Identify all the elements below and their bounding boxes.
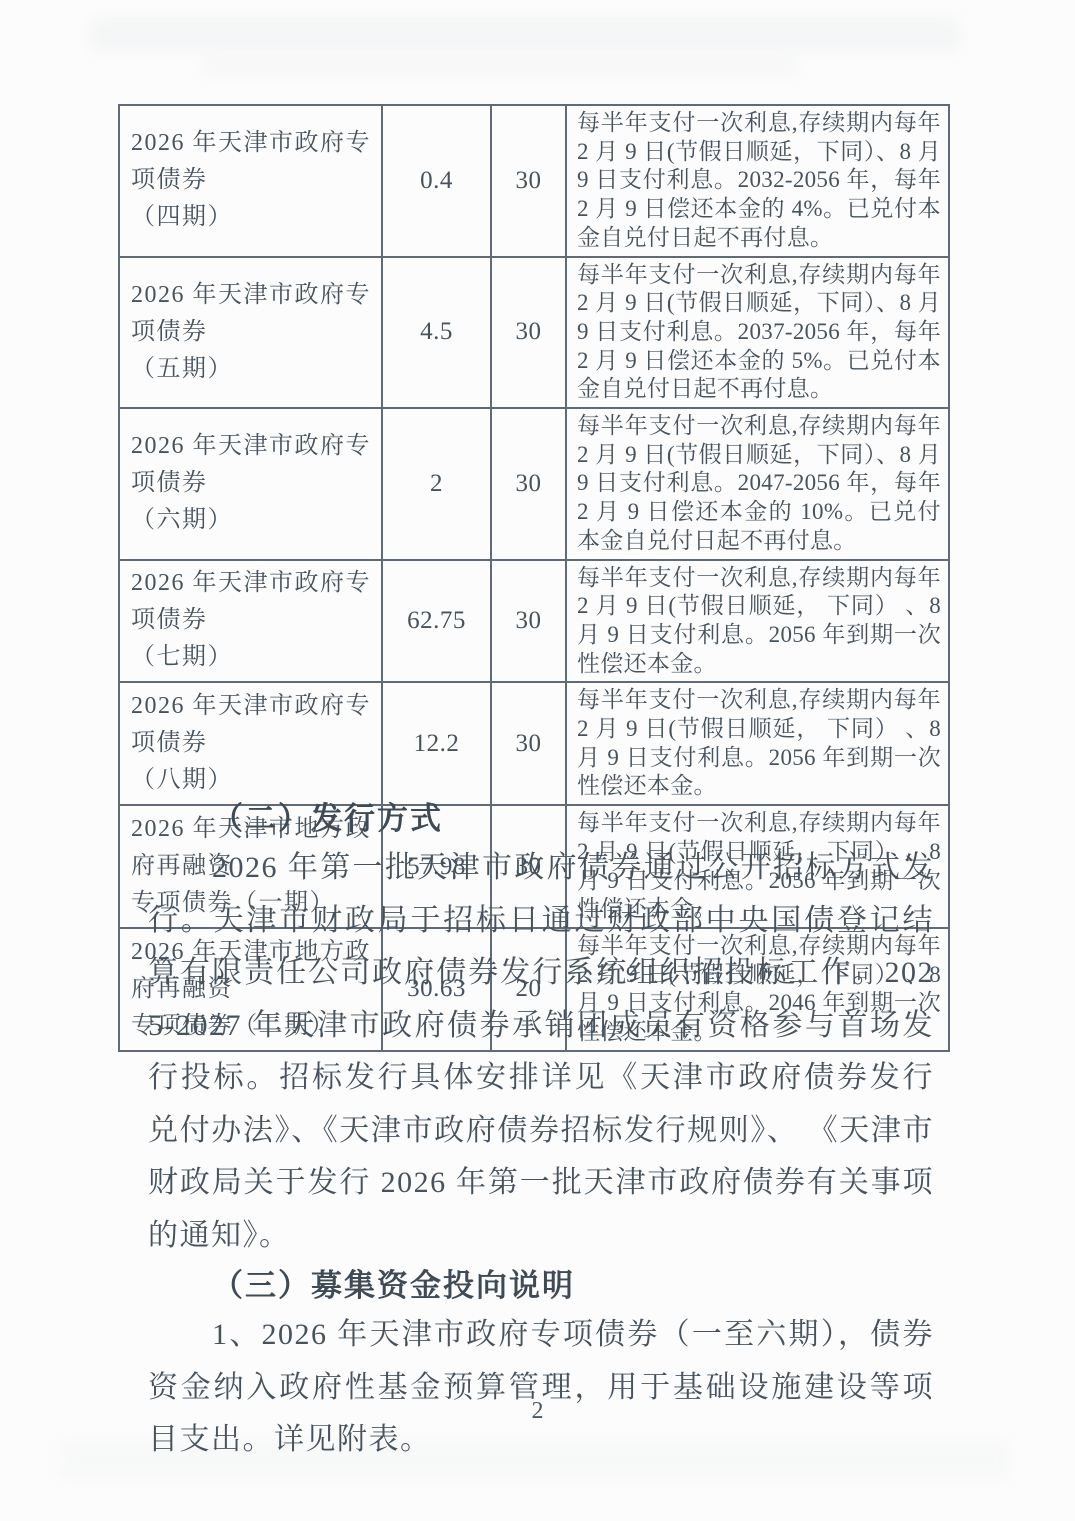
payment-terms-cell: 每半年支付一次利息,存续期内每年 2 月 9 日(节假日顺延，下同）、8 月 9… [566, 105, 949, 257]
page-number: 2 [0, 1398, 1075, 1425]
term-cell: 30 [491, 560, 566, 683]
bond-name-line2: （四期） [131, 199, 375, 236]
payment-terms-cell: 每半年支付一次利息,存续期内每年 2 月 9 日(节假日顺延， 下同） 、8 月… [566, 682, 949, 805]
table-row: 2026 年天津市政府专项债券 （四期） 0.4 30 每半年支付一次利息,存续… [119, 105, 949, 257]
bond-name-line2: （七期） [131, 639, 375, 676]
bond-name-line1: 2026 年天津市政府专项债券 [131, 688, 375, 762]
bond-name-line2: （六期） [131, 502, 375, 539]
payment-terms-cell: 每半年支付一次利息,存续期内每年 2 月 9 日(节假日顺延，下同）、8 月 9… [566, 408, 949, 560]
term-cell: 30 [491, 257, 566, 409]
table-row: 2026 年天津市政府专项债券 （五期） 4.5 30 每半年支付一次利息,存续… [119, 257, 949, 409]
term-cell: 30 [491, 408, 566, 560]
issuance-method-paragraph: 2026 年第一批天津市政府债券通过公开招标方式发行。天津市财政局于招标日通过财… [148, 842, 934, 1262]
bond-name-line2: （五期） [131, 351, 375, 388]
payment-terms-cell: 每半年支付一次利息,存续期内每年 2 月 9 日(节假日顺延，下同）、8 月 9… [566, 257, 949, 409]
bond-name-cell: 2026 年天津市政府专项债券 （四期） [119, 105, 382, 257]
bond-name-line2: （八期） [131, 762, 375, 799]
payment-terms-cell: 每半年支付一次利息,存续期内每年 2 月 9 日(节假日顺延， 下同） 、8 月… [566, 560, 949, 683]
issue-amount-cell: 12.2 [382, 682, 491, 805]
bond-name-line1: 2026 年天津市政府专项债券 [131, 277, 375, 351]
table-row: 2026 年天津市政府专项债券 （六期） 2 30 每半年支付一次利息,存续期内… [119, 408, 949, 560]
bond-name-cell: 2026 年天津市政府专项债券 （六期） [119, 408, 382, 560]
fund-use-paragraph: 1、2026 年天津市政府专项债券（一至六期），债券资金纳入政府性基金预算管理，… [148, 1309, 934, 1467]
bond-name-line1: 2026 年天津市政府专项债券 [131, 428, 375, 502]
scan-ghosting-artifact [200, 58, 800, 76]
bond-name-cell: 2026 年天津市政府专项债券 （七期） [119, 560, 382, 683]
term-cell: 30 [491, 105, 566, 257]
table-row: 2026 年天津市政府专项债券 （七期） 62.75 30 每半年支付一次利息,… [119, 560, 949, 683]
issue-amount-cell: 2 [382, 408, 491, 560]
bond-name-line1: 2026 年天津市政府专项债券 [131, 125, 375, 199]
document-page: 2026 年天津市政府专项债券 （四期） 0.4 30 每半年支付一次利息,存续… [0, 0, 1075, 1521]
term-cell: 30 [491, 682, 566, 805]
table-row: 2026 年天津市政府专项债券 （八期） 12.2 30 每半年支付一次利息,存… [119, 682, 949, 805]
bond-name-cell: 2026 年天津市政府专项债券 （五期） [119, 257, 382, 409]
body-content: （二）发行方式 2026 年第一批天津市政府债券通过公开招标方式发行。天津市财政… [148, 795, 934, 1467]
section-heading-fund-use: （三）募集资金投向说明 [148, 1262, 934, 1309]
scan-ghosting-artifact [90, 18, 960, 52]
bond-name-line1: 2026 年天津市政府专项债券 [131, 565, 375, 639]
issue-amount-cell: 4.5 [382, 257, 491, 409]
issue-amount-cell: 0.4 [382, 105, 491, 257]
section-heading-issuance-method: （二）发行方式 [148, 795, 934, 842]
bond-name-cell: 2026 年天津市政府专项债券 （八期） [119, 682, 382, 805]
issue-amount-cell: 62.75 [382, 560, 491, 683]
